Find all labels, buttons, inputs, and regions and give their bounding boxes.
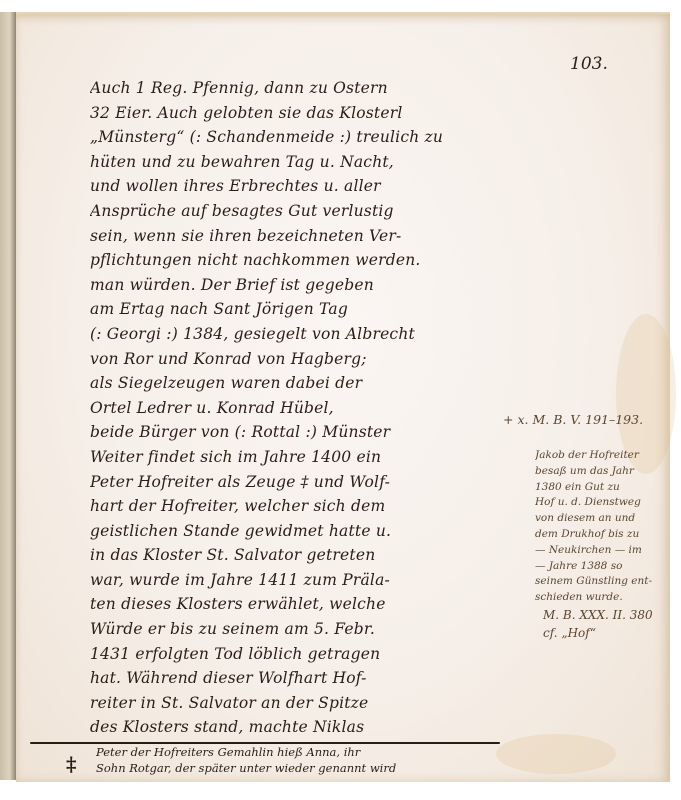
margin-note-line: Jakob der Hofreiter <box>535 448 670 464</box>
margin-note-line: 1380 ein Gut zu <box>535 480 670 496</box>
text-line: beide Bürger von (: Rottal :) Münster <box>90 420 530 445</box>
margin-note-line: seinem Günstling ent- <box>535 574 670 590</box>
text-line: geistlichen Stande gewidmet hatte u. <box>90 519 530 544</box>
footnote: Peter der Hofreiters Gemahlin hieß Anna,… <box>96 744 516 776</box>
margin-note-reference: M. B. XXX. II. 380 <box>535 606 670 624</box>
margin-note-line: Hof u. d. Dienstweg <box>535 495 670 511</box>
margin-note-line: — Neukirchen — im <box>535 543 670 559</box>
text-line: hüten und zu bewahren Tag u. Nacht, <box>90 150 530 175</box>
text-line: war, wurde im Jahre 1411 zum Präla- <box>90 568 530 593</box>
margin-note-line: — Jahre 1388 so <box>535 559 670 575</box>
text-line: Weiter findet sich im Jahre 1400 ein <box>90 445 530 470</box>
margin-note: Jakob der Hofreiter besaß um das Jahr 13… <box>535 448 670 642</box>
footnote-mark: ‡ <box>66 752 76 776</box>
text-line: Auch 1 Reg. Pfennig, dann zu Ostern <box>90 76 530 101</box>
text-line: Würde er bis zu seinem am 5. Febr. <box>90 617 530 642</box>
text-line: in das Kloster St. Salvator getreten <box>90 543 530 568</box>
text-line: man würden. Der Brief ist gegeben <box>90 273 530 298</box>
margin-note-line: schieden wurde. <box>535 590 670 606</box>
text-line: hart der Hofreiter, welcher sich dem <box>90 494 530 519</box>
margin-note-reference: cf. „Hof“ <box>535 624 670 642</box>
text-line: als Siegelzeugen waren dabei der <box>90 371 530 396</box>
text-line: (: Georgi :) 1384, gesiegelt von Albrech… <box>90 322 530 347</box>
margin-reference: + x. M. B. V. 191–193. <box>503 412 643 427</box>
text-line: Ortel Ledrer u. Konrad Hübel, <box>90 396 530 421</box>
text-line: des Klosters stand, machte Niklas <box>90 715 530 740</box>
text-line: „Münsterg“ (: Schandenmeide :) treulich … <box>90 125 530 150</box>
page-number: 103. <box>570 54 608 74</box>
text-line: und wollen ihres Erbrechtes u. aller <box>90 174 530 199</box>
margin-note-line: besaß um das Jahr <box>535 464 670 480</box>
footnote-line: Sohn Rotgar, der später unter wieder gen… <box>96 760 516 776</box>
text-line: pflichtungen nicht nachkommen werden. <box>90 248 530 273</box>
text-line: 32 Eier. Auch gelobten sie das Klosterl <box>90 101 530 126</box>
main-text-block: Auch 1 Reg. Pfennig, dann zu Ostern 32 E… <box>90 76 530 740</box>
text-line: ten dieses Klosters erwählet, welche <box>90 592 530 617</box>
text-line: Peter Hofreiter als Zeuge ‡ und Wolf- <box>90 470 530 495</box>
text-line: 1431 erfolgten Tod löblich getragen <box>90 642 530 667</box>
margin-note-line: dem Drukhof bis zu <box>535 527 670 543</box>
text-line: am Ertag nach Sant Jörigen Tag <box>90 297 530 322</box>
text-line: reiter in St. Salvator an der Spitze <box>90 691 530 716</box>
text-line: von Ror und Konrad von Hagberg; <box>90 347 530 372</box>
footnote-line: Peter der Hofreiters Gemahlin hieß Anna,… <box>96 744 516 760</box>
text-line: Ansprüche auf besagtes Gut verlustig <box>90 199 530 224</box>
text-line: sein, wenn sie ihren bezeichneten Ver- <box>90 224 530 249</box>
book-binding-edge <box>0 12 16 780</box>
text-line: hat. Während dieser Wolfhart Hof- <box>90 666 530 691</box>
margin-note-line: von diesem an und <box>535 511 670 527</box>
